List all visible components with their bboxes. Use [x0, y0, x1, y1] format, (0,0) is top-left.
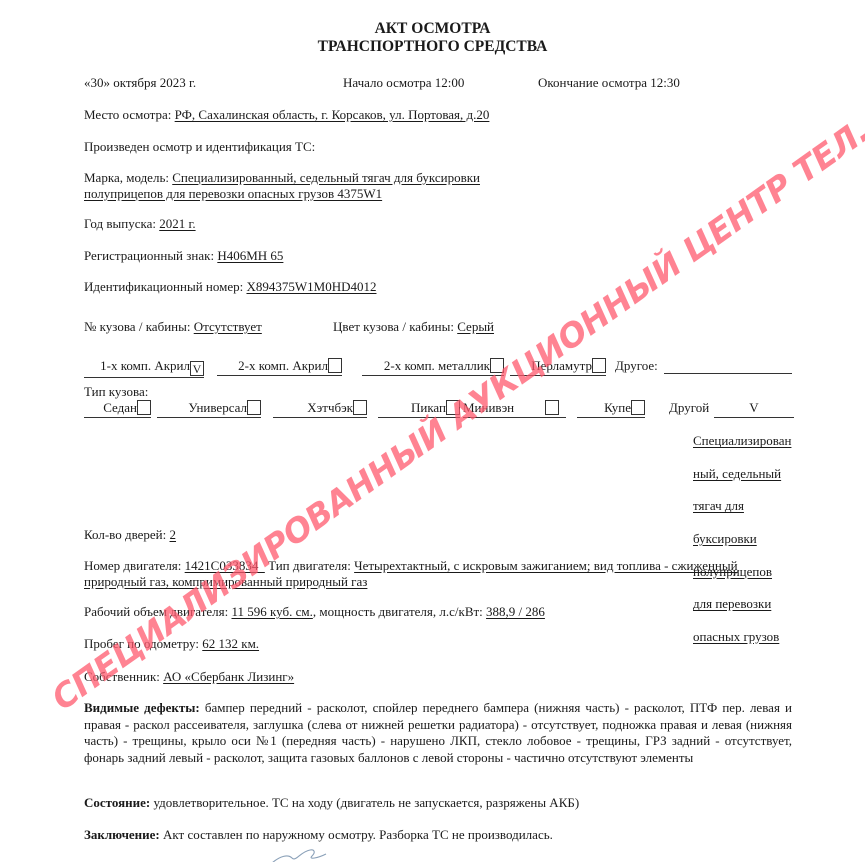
defects-label: Видимые дефекты: — [84, 700, 200, 715]
body-type-minivan: Минивэн — [463, 400, 566, 418]
body-type-sedan: Седан — [84, 400, 151, 418]
conclusion-label: Заключение: — [84, 827, 160, 842]
body-color-field: Цвет кузова / кабины: Серый — [333, 319, 494, 335]
reg-plate-label: Регистрационный знак: — [84, 248, 217, 263]
document-title-line2: ТРАНСПОРТНОГО СРЕДСТВА — [0, 38, 865, 56]
paint-checkbox-2k-acrylic[interactable] — [328, 358, 342, 373]
engine-number-label: Номер двигателя: — [84, 558, 185, 573]
model-line1: Марка, модель: Специализированный, седел… — [84, 170, 480, 186]
model-value-line1: Специализированный, седельный тягач для … — [172, 170, 480, 185]
year-value: 2021 г. — [159, 216, 195, 231]
doors-field: Кол-во дверей: 2 — [84, 527, 176, 543]
doors-label: Кол-во дверей: — [84, 527, 170, 542]
reg-plate-value: Н406МН 65 — [217, 248, 283, 263]
body-type-label: Тип кузова: — [84, 384, 148, 400]
body-number-field: № кузова / кабины: Отсутствует — [84, 319, 262, 335]
paint-checkbox-2k-metallic[interactable] — [490, 358, 504, 373]
conclusion-field: Заключение: Акт составлен по наружному о… — [84, 827, 553, 843]
owner-label: Собственник: — [84, 669, 163, 684]
paint-option-2k-metallic: 2-х комп. металлик — [362, 358, 504, 376]
vin-value: X894375W1M0HD4012 — [246, 279, 376, 294]
conclusion-text: Акт составлен по наружному осмотру. Разб… — [160, 827, 553, 842]
body-type-checkbox-wagon[interactable] — [247, 400, 261, 415]
body-type-pickup: Пикап — [378, 400, 460, 418]
engine-type-label: Тип двигателя: — [265, 558, 354, 573]
paint-option-2k-acrylic: 2-х комп. Акрил — [217, 358, 342, 376]
paint-other-blank[interactable] — [664, 373, 792, 374]
year-field: Год выпуска: 2021 г. — [84, 216, 196, 232]
condition-label: Состояние: — [84, 795, 150, 810]
reg-plate-field: Регистрационный знак: Н406МН 65 — [84, 248, 283, 264]
displacement-value: 11 596 куб. см. — [232, 604, 313, 619]
body-type-checkbox-coupe[interactable] — [631, 400, 645, 415]
paint-other-label: Другое: — [615, 358, 658, 374]
vin-field: Идентификационный номер: X894375W1M0HD40… — [84, 279, 376, 295]
model-line2: полуприцепов для перевозки опасных грузо… — [84, 186, 382, 202]
mileage-field: Пробег по одометру: 62 132 км. — [84, 636, 259, 652]
inspection-act-page: АКТ ОСМОТРА ТРАНСПОРТНОГО СРЕДСТВА «30» … — [0, 0, 865, 862]
owner-field: Собственник: АО «Сбербанк Лизинг» — [84, 669, 294, 685]
year-label: Год выпуска: — [84, 216, 159, 231]
displacement-field: Рабочий объем двигателя: 11 596 куб. см.… — [84, 604, 545, 620]
engine-line1: Номер двигателя: 1421C033834 Тип двигате… — [84, 558, 738, 574]
condition-text: удовлетворительное. ТС на ходу (двигател… — [150, 795, 579, 810]
condition-field: Состояние: удовлетворительное. ТС на ход… — [84, 795, 579, 811]
body-type-hatchback: Хэтчбэк — [273, 400, 367, 418]
defects-paragraph: Видимые дефекты: бампер передний - раско… — [84, 700, 792, 766]
displacement-label: Рабочий объем двигателя: — [84, 604, 232, 619]
signature-icon — [270, 848, 330, 862]
mileage-value: 62 132 км. — [202, 636, 259, 651]
body-number-value: Отсутствует — [194, 319, 262, 334]
power-label: , мощность двигателя, л.с/кВт: — [313, 604, 486, 619]
body-type-checkbox-hatchback[interactable] — [353, 400, 367, 415]
document-title-line1: АКТ ОСМОТРА — [0, 20, 865, 38]
engine-number-value: 1421C033834 — [185, 558, 265, 573]
intro-text: Произведен осмотр и идентификация ТС: — [84, 139, 315, 155]
body-type-other-label: Другой — [669, 400, 709, 416]
inspection-date: «30» октября 2023 г. — [84, 75, 196, 91]
owner-value: АО «Сбербанк Лизинг» — [163, 669, 294, 684]
engine-line2: природный газ, компримированный природны… — [84, 574, 367, 590]
vin-label: Идентификационный номер: — [84, 279, 246, 294]
inspection-place: Место осмотра: РФ, Сахалинская область, … — [84, 107, 489, 123]
doors-value: 2 — [170, 527, 177, 542]
model-value-line2: полуприцепов для перевозки опасных грузо… — [84, 186, 382, 201]
engine-type-value-line1: Четырехтактный, с искровым зажиганием; в… — [354, 558, 737, 573]
body-type-coupe: Купе — [577, 400, 645, 418]
place-value: РФ, Сахалинская область, г. Корсаков, ул… — [175, 107, 490, 122]
body-type-other-mark[interactable]: V — [714, 400, 794, 418]
paint-option-1k-acrylic: 1-х комп. АкрилV — [84, 358, 204, 378]
body-type-checkbox-sedan[interactable] — [137, 400, 151, 415]
place-label: Место осмотра: — [84, 107, 175, 122]
body-color-value: Серый — [457, 319, 494, 334]
power-value: 388,9 / 286 — [486, 604, 545, 619]
body-number-label: № кузова / кабины: — [84, 319, 194, 334]
inspection-start-time: Начало осмотра 12:00 — [343, 75, 464, 91]
model-label: Марка, модель: — [84, 170, 172, 185]
paint-option-pearl: Перламутр — [510, 358, 606, 376]
inspection-end-time: Окончание осмотра 12:30 — [538, 75, 680, 91]
body-type-wagon: Универсал — [157, 400, 261, 418]
engine-type-value-line2: природный газ, компримированный природны… — [84, 574, 367, 589]
paint-checkbox-pearl[interactable] — [592, 358, 606, 373]
body-type-checkbox-minivan[interactable] — [545, 400, 559, 415]
body-color-label: Цвет кузова / кабины: — [333, 319, 457, 334]
body-type-other-description: Специализирован ный, седельный тягач для… — [693, 417, 803, 661]
body-type-checkbox-pickup[interactable] — [446, 400, 460, 415]
mileage-label: Пробег по одометру: — [84, 636, 202, 651]
paint-checkbox-1k-acrylic[interactable]: V — [190, 361, 204, 376]
